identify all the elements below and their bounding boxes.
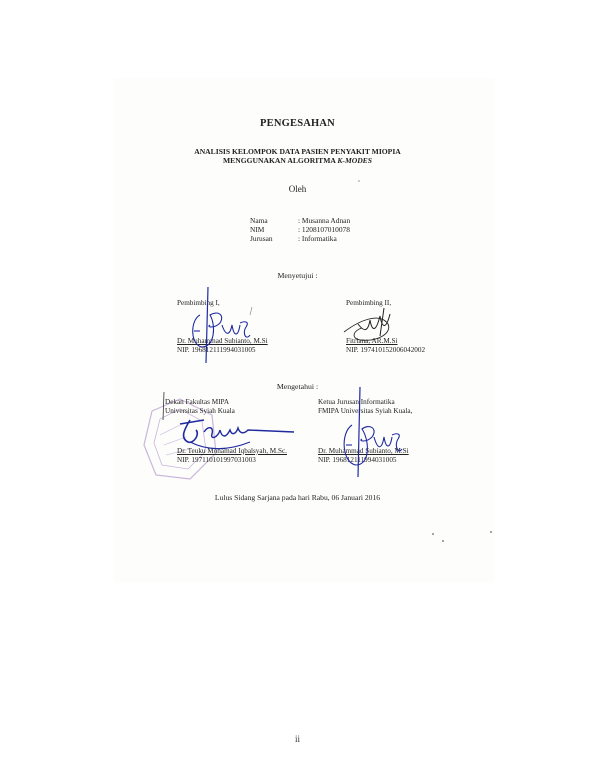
graduation-note: Lulus Sidang Sarjana pada hari Rabu, 06 …	[0, 493, 595, 502]
page-heading: PENGESAHAN	[0, 118, 595, 129]
scan-speck	[490, 531, 492, 533]
student-value: : 1208107010078	[298, 225, 350, 234]
student-value: : Informatika	[298, 234, 337, 243]
student-label: NIM	[250, 225, 298, 234]
student-row-department: Jurusan: Informatika	[250, 234, 350, 243]
thesis-title-algorithm: K-MODES	[337, 156, 372, 165]
thesis-title-line2: MENGGUNAKAN ALGORITMA K-MODES	[0, 156, 595, 165]
student-value: : Musanna Adnan	[298, 216, 350, 225]
student-info: Nama: Musanna Adnan NIM: 1208107010078 J…	[250, 216, 350, 243]
thesis-title-line1: ANALISIS KELOMPOK DATA PASIEN PENYAKIT M…	[0, 147, 595, 156]
thesis-title-prefix: MENGGUNAKAN ALGORITMA	[223, 156, 337, 165]
scan-speck	[442, 540, 444, 542]
scan-speck	[358, 180, 360, 182]
by-label: Oleh	[0, 184, 595, 194]
student-row-nim: NIM: 1208107010078	[250, 225, 350, 234]
supervisor1-signature	[180, 285, 260, 365]
hod-signature	[330, 385, 410, 480]
page-number: ii	[0, 734, 595, 744]
student-label: Nama	[250, 216, 298, 225]
supervisor2-signature	[340, 302, 410, 347]
dean-signature	[160, 390, 300, 455]
supervisor2-nip: NIP. 197410152006042002	[346, 346, 425, 355]
scan-speck	[432, 533, 434, 535]
dean-nip: NIP. 197110101997031003	[177, 456, 256, 465]
approved-label: Menyetujui :	[0, 271, 595, 280]
student-row-name: Nama: Musanna Adnan	[250, 216, 350, 225]
student-label: Jurusan	[250, 234, 298, 243]
